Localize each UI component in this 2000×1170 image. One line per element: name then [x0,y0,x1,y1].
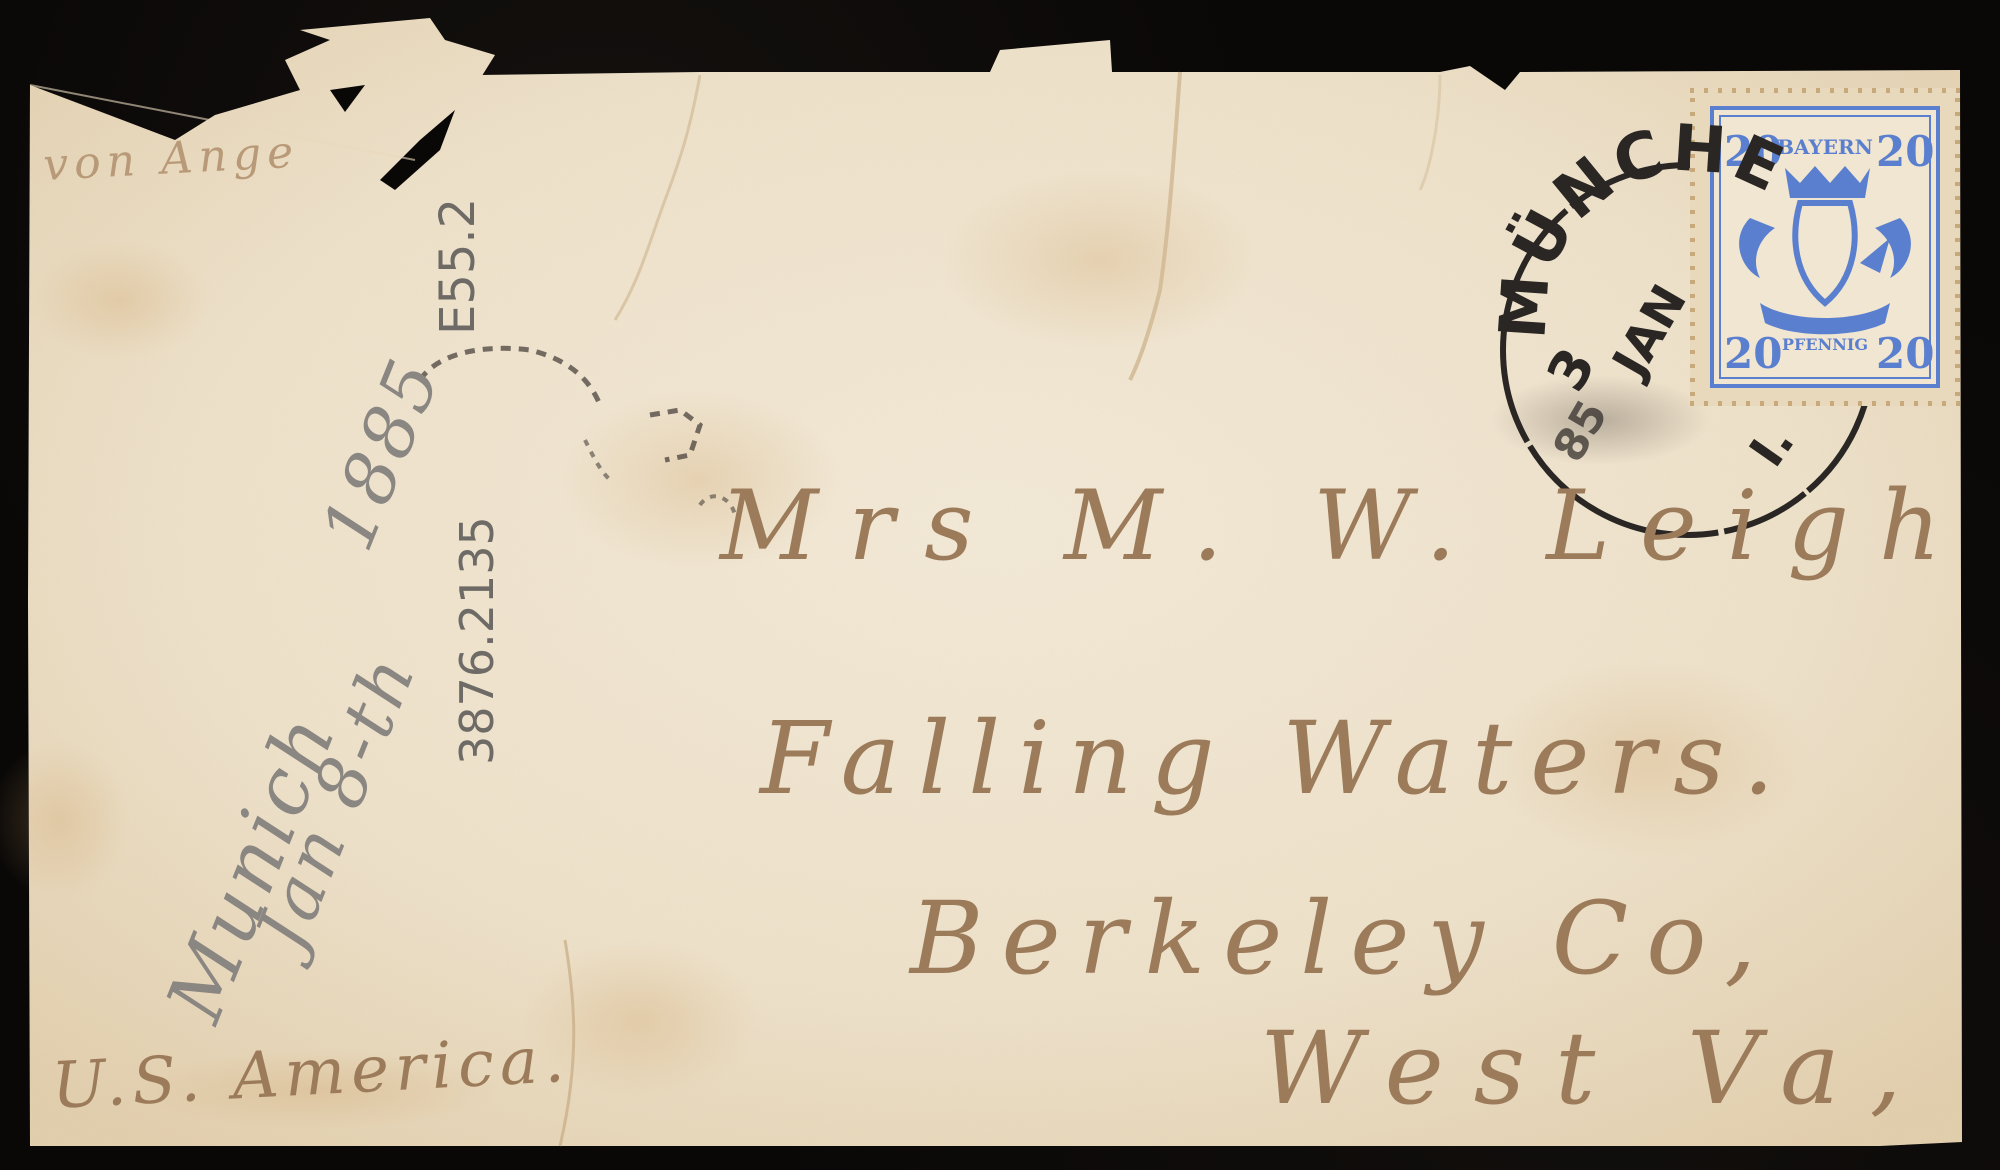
postmark-month: JAN [1600,276,1698,389]
address-recipient: Mrs M. W. Leigh [720,470,1971,582]
pencil-catalog-number: E55.2 [430,198,486,335]
address-state: West Va, [1260,1010,1932,1127]
address-place: Falling Waters. [760,700,1792,817]
postmark-day: 3 [1535,337,1608,401]
postmark-suffix: I. [1739,415,1806,477]
address-county: Berkeley Co, [910,880,1774,997]
postmark-year: 85 [1543,392,1618,471]
pencil-reference-number: 3876.2135 [450,516,504,765]
